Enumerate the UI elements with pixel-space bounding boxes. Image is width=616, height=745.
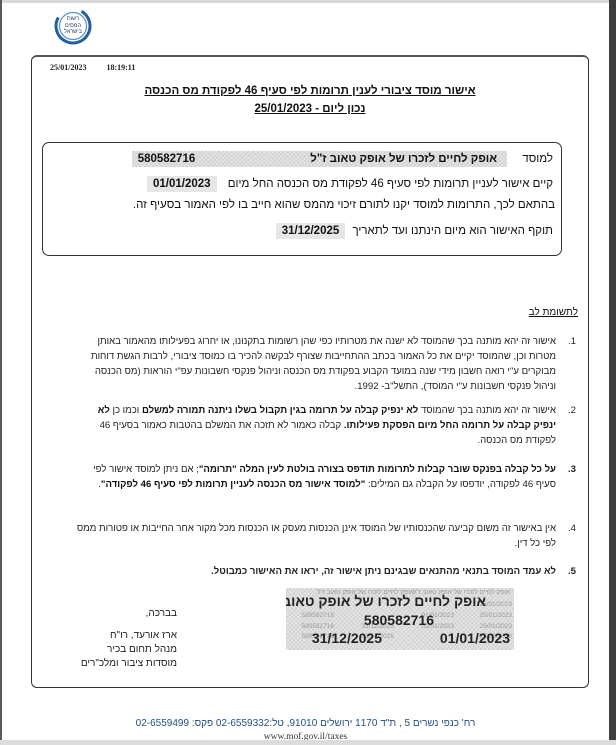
institution-name: אופק לחיים לזכרו של אופק טאוב ז"ל — [255, 151, 507, 167]
note-number: 2. — [568, 403, 576, 418]
note-item: 4. אין באישור זה משום קביעה שהכנסותיו של… — [76, 521, 576, 551]
note-text: על כל קבלה בפנקס שובר קבלות לתרומות תודפ… — [76, 462, 556, 492]
approval-start-date: 01/01/2023 — [147, 176, 217, 192]
note-text: אישור זה יהא מותנה בכך שהמוסד לא ישנה את… — [76, 334, 556, 394]
certificate-title: אישור מוסד ציבורי לענין תרומות לפי סעיף … — [32, 85, 588, 97]
note-number: 4. — [568, 521, 576, 536]
signer-role: מנהל תחום בכיר — [72, 643, 177, 657]
institution-row: למוסד אופק לחיים לזכרו של אופק טאוב ז"ל5… — [132, 151, 553, 167]
note-item: 3. על כל קבלה בפנקס שובר קבלות לתרומות ת… — [76, 462, 576, 492]
valid-as-of: נכון ליום - 25/01/2023 — [32, 103, 588, 115]
security-stamp: אופק לחיים לזכרו של אופק טאוב ז"ל אופק ל… — [286, 588, 514, 650]
validity-text: תוקף האישור הוא מיום הינתנו ועד לתאריך — [352, 225, 553, 237]
signoff-greeting: בברכה, — [72, 607, 177, 621]
note-item: 2. אישור זה יהא מותנה בכך שהמוסד לא ינפי… — [76, 403, 576, 448]
note-item: 5. לא עמד המוסד בתנאי מהתנאים שבגינם נית… — [76, 564, 576, 579]
print-time: 18:19:11 — [106, 63, 135, 72]
stamp-institution-id: 580582716 — [364, 612, 434, 628]
consequence-row: בהתאם לכך, התרומות למוסד יקנו לתורם זיכו… — [133, 199, 555, 211]
institution-label: למוסד — [522, 153, 553, 165]
tax-authority-logo-icon: רשות המסים בישראל — [52, 5, 94, 47]
print-date: 25/01/2023 — [50, 63, 86, 72]
note-text: לא עמד המוסד בתנאי מהתנאים שבגינם ניתן א… — [76, 564, 556, 579]
viewer-scroll-edge — [609, 0, 616, 740]
certificate-frame: 25/01/2023 18:19:11 אישור מוסד ציבורי לע… — [31, 55, 589, 688]
institution-info-box: למוסד אופק לחיים לזכרו של אופק טאוב ז"ל5… — [42, 142, 562, 256]
note-number: 3. — [568, 462, 576, 477]
validity-row: תוקף האישור הוא מיום הינתנו ועד לתאריך 3… — [276, 223, 553, 239]
approval-end-date: 31/12/2025 — [276, 223, 346, 239]
stamp-end-date: 31/12/2025 — [312, 630, 382, 646]
signoff-signer: ארז אורעד, רו"ח מנהל תחום בכיר מוסדות צי… — [72, 629, 177, 671]
note-text: אישור זה יהא מותנה בכך שהמוסד לא ינפיק ק… — [76, 403, 556, 448]
note-number: 1. — [568, 334, 576, 349]
note-item: 1. אישור זה יהא מותנה בכך שהמוסד לא ישנה… — [76, 334, 576, 394]
approval-row: קיים אישור לעניין תרומות לפי סעיף 46 לפק… — [147, 176, 553, 192]
footer-address: רח' כנפי נשרים 5 , ת"ד 1170 ירושלים 9101… — [2, 718, 609, 729]
signer-name: ארז אורעד, רו"ח — [72, 629, 177, 643]
approval-text: קיים אישור לעניין תרומות לפי סעיף 46 לפק… — [228, 178, 553, 190]
viewer-bottom-edge — [0, 740, 616, 745]
institution-id: 580582716 — [132, 151, 256, 167]
stamp-institution-name: אופק לחיים לזכרו של אופק טאוב ז"ל — [286, 593, 486, 609]
signer-department: מוסדות ציבור ומלכ"רים — [72, 657, 177, 671]
logo-line: בישראל — [52, 29, 94, 36]
document-page: רשות המסים בישראל 25/01/2023 18:19:11 אי… — [2, 0, 609, 743]
note-text: אין באישור זה משום קביעה שהכנסותיו של המ… — [76, 521, 556, 551]
stamp-start-date: 01/01/2023 — [440, 630, 510, 646]
notes-heading: לתשומת לב — [529, 307, 578, 318]
print-timestamp: 25/01/2023 18:19:11 — [50, 63, 153, 72]
note-number: 5. — [568, 564, 576, 579]
